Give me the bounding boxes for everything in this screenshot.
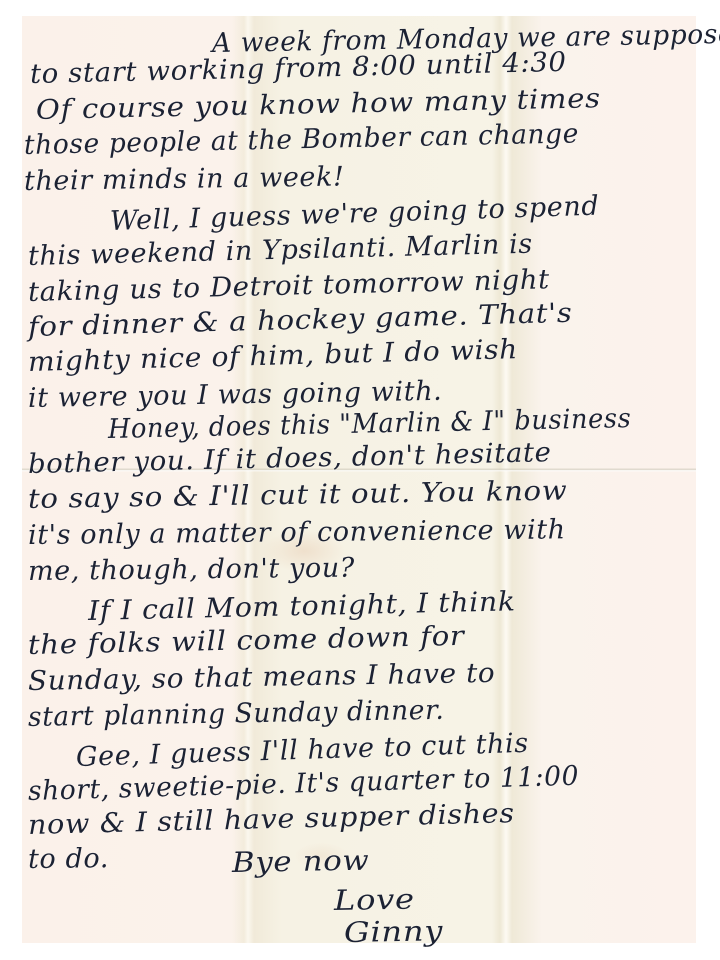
signature: Ginny	[344, 914, 444, 949]
closing-farewell: Bye now	[232, 844, 370, 879]
letter-line: those people at the Bomber can change	[24, 118, 580, 161]
letter-line: to do.	[28, 843, 109, 875]
letter-line: to say so & I'll cut it out. You know	[28, 476, 568, 515]
letter-line: bother you. If it does, don't hesitate	[28, 437, 552, 480]
letter-body: A week from Monday we are supposed to st…	[22, 16, 696, 943]
letter-line: it's only a matter of convenience with	[28, 514, 566, 551]
letter-line: to start working from 8:00 until 4:30	[30, 47, 567, 90]
closing-valediction: Love	[334, 883, 415, 917]
letter-line: their minds in a week!	[24, 162, 345, 197]
letter-line: Sunday, so that means I have to	[28, 658, 496, 697]
letter-line: start planning Sunday dinner.	[28, 695, 445, 733]
letter-line: me, though, don't you?	[28, 553, 355, 587]
letter-page: A week from Monday we are supposed to st…	[22, 16, 696, 943]
